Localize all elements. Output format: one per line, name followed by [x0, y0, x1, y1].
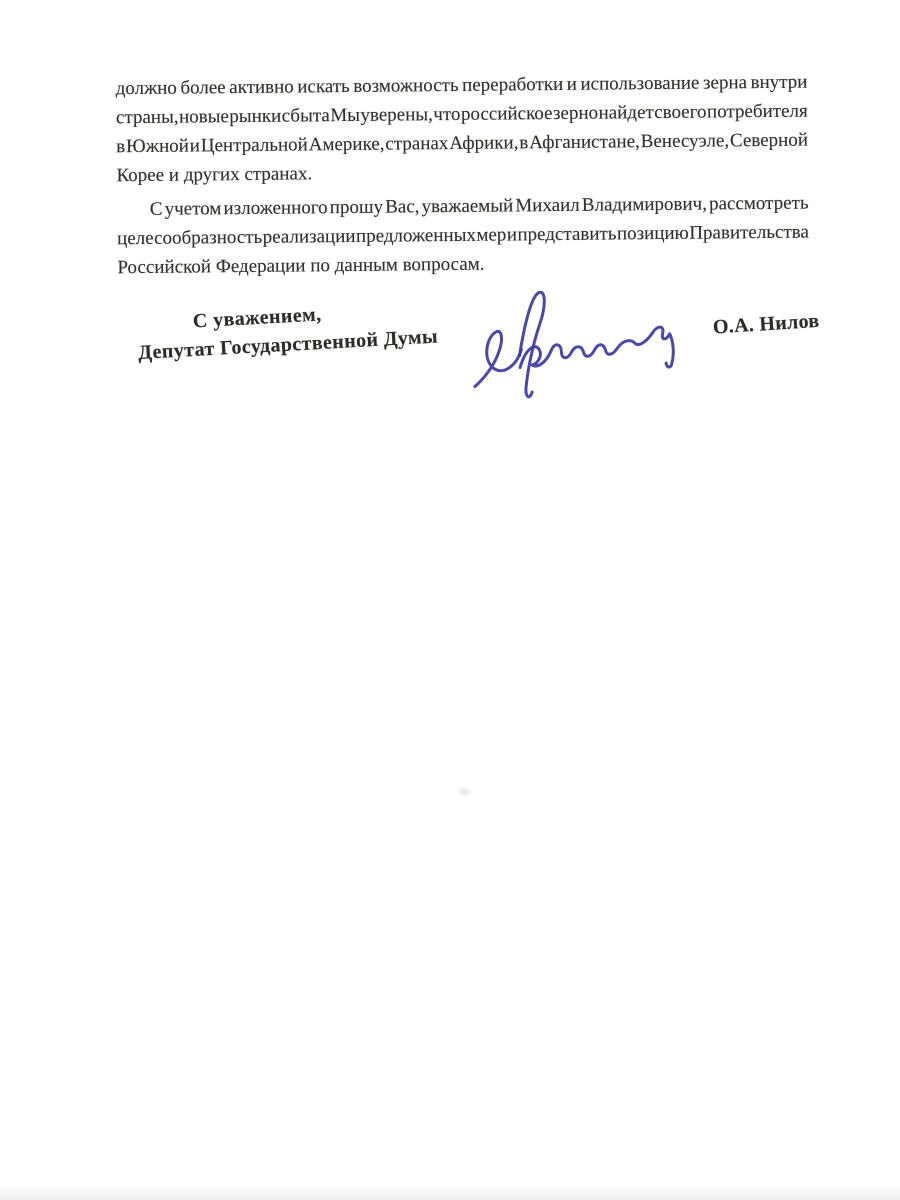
closing-salutation: С уважением,: [192, 303, 322, 333]
sender-title: Депутат Государственной Думы: [138, 326, 439, 365]
signature-ink: [465, 278, 682, 409]
scan-smudge: [456, 787, 474, 797]
sender-name: О.А. Нилов: [712, 310, 820, 340]
paragraph-1: должно более активно искать возможность …: [116, 68, 809, 191]
paragraph-2: С учетом изложенного прошу Вас, уважаемы…: [117, 189, 810, 283]
paragraph-line: Российской Федерации по данным вопросам.: [117, 247, 809, 283]
letter-body: должно более активно искать возможность …: [0, 0, 900, 1200]
scan-shadow: [0, 1186, 900, 1200]
paragraph-line: Корее и других странах.: [116, 155, 808, 191]
document-page: должно более активно искать возможность …: [0, 0, 900, 1200]
